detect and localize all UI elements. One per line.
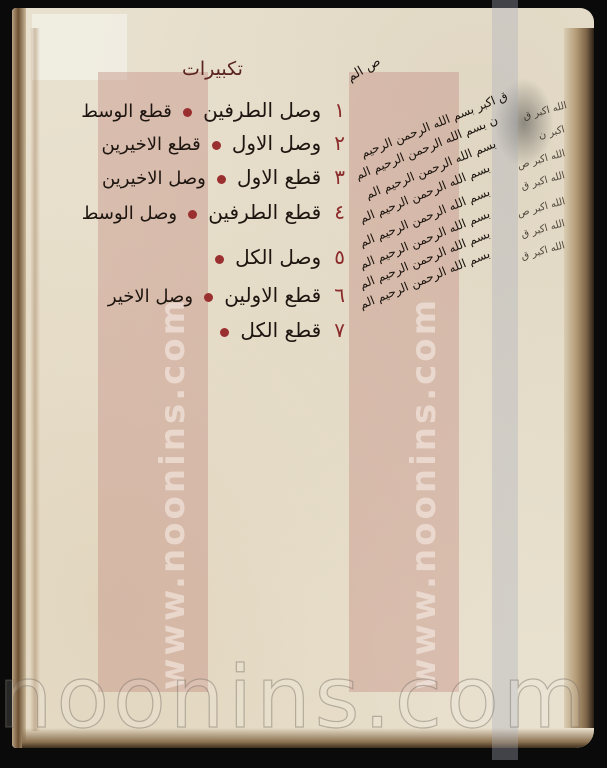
red-dot-icon: [183, 108, 192, 117]
red-dot-icon: [217, 175, 226, 184]
list-item: ١ وصل الطرفين قطع الوسط: [81, 98, 345, 122]
paper-patch: [32, 14, 127, 80]
list-item: ٧ قطع الكل: [214, 318, 345, 342]
item-number: ١: [334, 98, 345, 122]
list-item: ٥ وصل الكل: [209, 245, 345, 269]
item-side-label: قطع الوسط: [81, 101, 172, 122]
item-label: قطع الكل: [240, 318, 321, 342]
page-right-edge: [564, 28, 594, 728]
item-side-label: وصل الاخيرين: [102, 168, 206, 189]
list-item: ٦ قطع الاولين وصل الاخير: [108, 283, 345, 307]
red-dot-icon: [220, 328, 229, 337]
item-number: ٣: [334, 165, 345, 189]
list-item: ٤ قطع الطرفين وصل الوسط: [82, 200, 345, 224]
item-label: قطع الاولين: [224, 283, 321, 307]
list-item: ٢ وصل الاول قطع الاخيرين: [102, 131, 345, 155]
watermark-band-grey: [492, 0, 518, 760]
page-fold: [30, 28, 40, 731]
item-side-label: قطع الاخيرين: [102, 134, 201, 155]
item-number: ٤: [334, 200, 345, 224]
item-label: قطع الاول: [237, 165, 321, 189]
item-side-label: وصل الاخير: [108, 286, 193, 307]
page-gutter: [12, 8, 26, 748]
item-number: ٦: [334, 283, 345, 307]
item-number: ٢: [334, 131, 345, 155]
watermark-bottom: noonins.com: [0, 655, 605, 741]
item-label: قطع الطرفين: [208, 200, 321, 224]
item-label: وصل الكل: [235, 245, 321, 269]
item-number: ٧: [334, 318, 345, 342]
red-dot-icon: [204, 293, 213, 302]
page-title: تكبيرات: [182, 58, 243, 80]
item-label: وصل الطرفين: [203, 98, 321, 122]
red-dot-icon: [188, 210, 197, 219]
item-label: وصل الاول: [232, 131, 321, 155]
item-side-label: وصل الوسط: [82, 203, 177, 224]
list-item: ٣ قطع الاول وصل الاخيرين: [102, 165, 345, 189]
watermark-vertical-left: www.noonins.com: [153, 70, 193, 690]
red-dot-icon: [212, 141, 221, 150]
red-dot-icon: [215, 255, 224, 264]
item-number: ٥: [334, 245, 345, 269]
